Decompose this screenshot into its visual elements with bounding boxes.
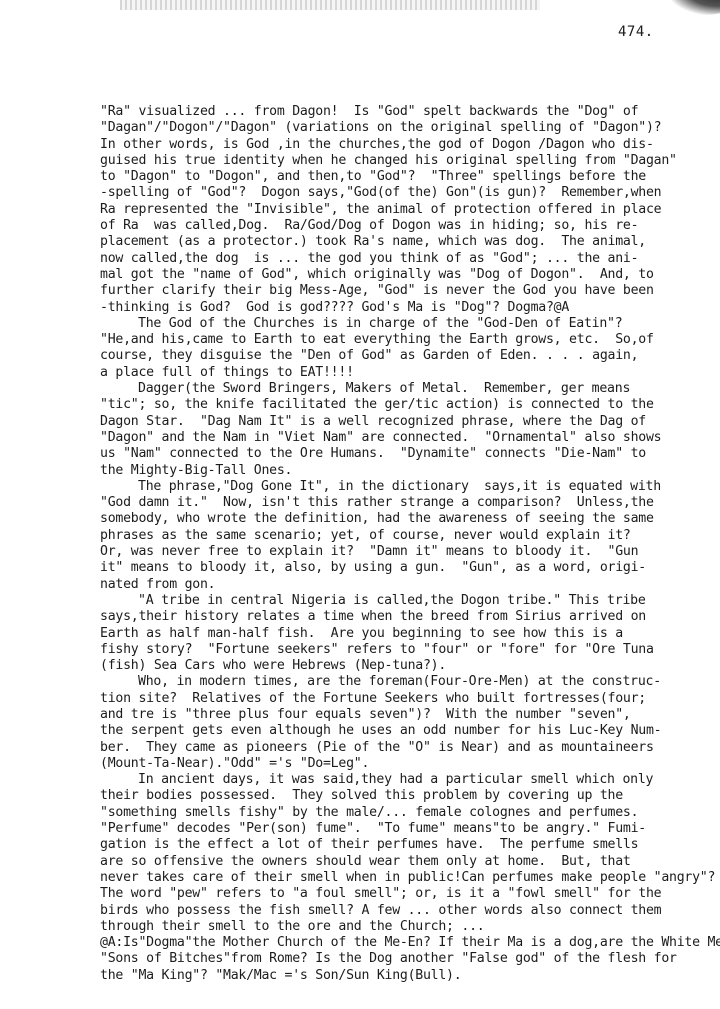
text-line: -thinking is God? God is god???? God's M… (100, 300, 720, 316)
text-line: of Ra was called,Dog. Ra/God/Dog of Dogo… (100, 218, 720, 234)
text-line: are so offensive the owners should wear … (100, 854, 720, 870)
scan-artifact-corner (670, 0, 720, 15)
text-line: says,their history relates a time when t… (100, 609, 720, 625)
text-line: "Dagon" and the Nam in "Viet Nam" are co… (100, 430, 720, 446)
text-line: Dagger(the Sword Bringers, Makers of Met… (100, 381, 720, 397)
text-line: "Perfume" decodes "Per(son) fume". "To f… (100, 821, 720, 837)
text-line: (fish) Sea Cars who were Hebrews (Nep-tu… (100, 658, 720, 674)
text-line: through their smell to the ore and the C… (100, 919, 720, 935)
text-line: birds who possess the fish smell? A few … (100, 903, 720, 919)
text-line: "A tribe in central Nigeria is called,th… (100, 593, 720, 609)
document-body: "Ra" visualized ... from Dagon! Is "God"… (100, 104, 720, 984)
text-line: Who, in modern times, are the foreman(Fo… (100, 674, 720, 690)
text-line: (Mount-Ta-Near)."Odd" ='s "Do=Leg". (100, 756, 720, 772)
text-line: @A:Is"Dogma"the Mother Church of the Me-… (100, 935, 720, 951)
text-line: "God damn it." Now, isn't this rather st… (100, 495, 720, 511)
text-line: to "Dagon" to "Dogon", and then,to "God"… (100, 169, 720, 185)
text-line: never takes care of their smell when in … (100, 870, 720, 886)
text-line: "He,and his,came to Earth to eat everyth… (100, 332, 720, 348)
text-line: "Dagan"/"Dogon"/"Dagon" (variations on t… (100, 120, 720, 136)
text-line: further clarify their big Mess-Age, "God… (100, 283, 720, 299)
text-line: somebody, who wrote the definition, had … (100, 511, 720, 527)
text-line: now called,the dog is ... the god you th… (100, 251, 720, 267)
text-line: their bodies possessed. They solved this… (100, 788, 720, 804)
text-line: the "Ma King"? "Mak/Mac ='s Son/Sun King… (100, 968, 720, 984)
text-line: The phrase,"Dog Gone It", in the diction… (100, 479, 720, 495)
text-line: Or, was never free to explain it? "Damn … (100, 544, 720, 560)
text-line: -spelling of "God"? Dogon says,"God(of t… (100, 185, 720, 201)
text-line: it" means to bloody it, also, by using a… (100, 560, 720, 576)
text-line: In other words, is God ,in the churches,… (100, 137, 720, 153)
text-line: "Ra" visualized ... from Dagon! Is "God"… (100, 104, 720, 120)
text-line: Dagon Star. "Dag Nam It" is a well recog… (100, 414, 720, 430)
text-line: Ra represented the "Invisible", the anim… (100, 202, 720, 218)
text-line: nated from gon. (100, 577, 720, 593)
text-line: the serpent gets even although he uses a… (100, 723, 720, 739)
text-line: and tre is "three plus four equals seven… (100, 707, 720, 723)
text-line: us "Nam" connected to the Ore Humans. "D… (100, 446, 720, 462)
scan-artifact-top (120, 0, 540, 10)
text-line: "tic"; so, the knife facilitated the ger… (100, 397, 720, 413)
text-line: ber. They came as pioneers (Pie of the "… (100, 740, 720, 756)
text-line: the Mighty-Big-Tall Ones. (100, 463, 720, 479)
text-line: The word "pew" refers to "a foul smell";… (100, 886, 720, 902)
text-line: tion site? Relatives of the Fortune Seek… (100, 691, 720, 707)
text-line: mal got the "name of God", which origina… (100, 267, 720, 283)
text-line: Earth as half man-half fish. Are you beg… (100, 626, 720, 642)
text-line: fishy story? "Fortune seekers" refers to… (100, 642, 720, 658)
text-line: course, they disguise the "Den of God" a… (100, 348, 720, 364)
text-line: a place full of things to EAT!!!! (100, 365, 720, 381)
text-line: The God of the Churches is in charge of … (100, 316, 720, 332)
text-line: gation is the effect a lot of their perf… (100, 837, 720, 853)
text-line: "Sons of Bitches"from Rome? Is the Dog a… (100, 951, 720, 967)
page-number: 474. (618, 24, 654, 40)
text-line: "something smells fishy" by the male/...… (100, 805, 720, 821)
text-line: placement (as a protector.) took Ra's na… (100, 234, 720, 250)
text-line: In ancient days, it was said,they had a … (100, 772, 720, 788)
text-line: guised his true identity when he changed… (100, 153, 720, 169)
text-line: phrases as the same scenario; yet, of co… (100, 528, 720, 544)
